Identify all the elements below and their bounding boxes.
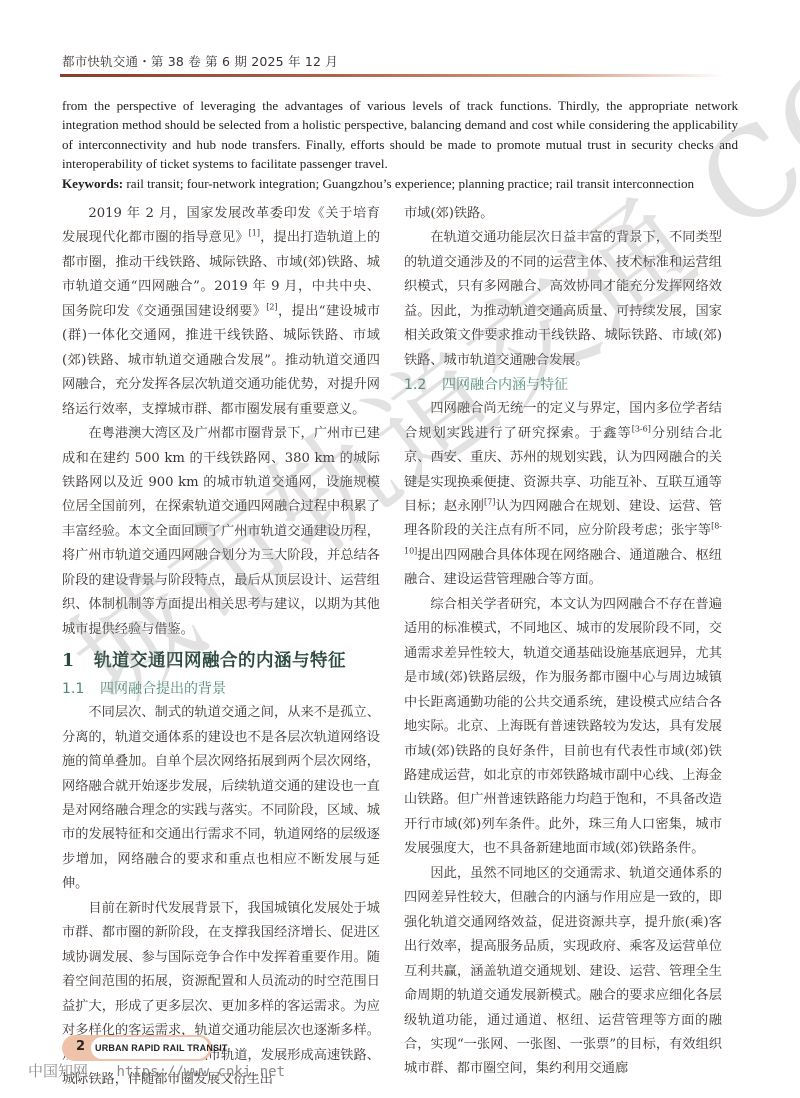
header-rule <box>60 74 725 77</box>
page-footer-badge: 2 URBAN RAPID RAIL TRANSIT <box>62 1035 212 1061</box>
journal-name-en: URBAN RAPID RAIL TRANSIT <box>95 1043 228 1053</box>
journal-name-box: URBAN RAPID RAIL TRANSIT <box>90 1036 210 1060</box>
paragraph: 因此，虽然不同地区的交通需求、轨道交通体系的四网差异性较大，但融合的内涵与作用应… <box>404 862 722 1082</box>
section-heading-1: 1轨道交通四网融合的内涵与特征 <box>62 648 380 674</box>
subsection-title: 四网融合提出的背景 <box>100 681 226 697</box>
citation[interactable]: [3-6] <box>632 424 651 433</box>
paragraph: 2019 年 2 月，国家发展改革委印发《关于培育发展现代化都市圈的指导意见》[… <box>62 202 380 422</box>
subsection-number: 1.1 <box>62 677 100 701</box>
cnki-name: 中国知网 <box>28 1062 88 1080</box>
citation[interactable]: [2] <box>266 302 277 311</box>
left-column: 2019 年 2 月，国家发展改革委印发《关于培育发展现代化都市圈的指导意见》[… <box>62 202 380 1092</box>
abstract-text: from the perspective of leveraging the a… <box>62 96 738 174</box>
subsection-heading-1-2: 1.2四网融合内涵与特征 <box>404 373 722 397</box>
running-head: 都市快轨交通・第 38 卷 第 6 期 2025 年 12 月 <box>62 52 338 70</box>
paragraph: 四网融合尚无统一的定义与界定，国内多位学者结合规划实践进行了研究探索。于鑫等[3… <box>404 397 722 593</box>
right-column: 市域(郊)铁路。 在轨道交通功能层次日益丰富的背景下，不同类型的轨道交通涉及的不… <box>404 202 722 1082</box>
paragraph: 在粤港澳大湾区及广州都市圈背景下，广州市已建成和在建约 500 km 的干线铁路… <box>62 422 380 642</box>
paragraph: 市域(郊)铁路。 <box>404 202 722 226</box>
paragraph: 不同层次、制式的轨道交通之间，从来不是孤立、分离的，轨道交通体系的建设也不是各层… <box>62 701 380 897</box>
subsection-number: 1.2 <box>404 373 442 397</box>
citation[interactable]: [7] <box>484 498 495 507</box>
cnki-url[interactable]: https://www.cnki.net <box>116 1064 285 1080</box>
section-number: 1 <box>62 648 94 674</box>
text: 提出四网融合具体体现在网络融合、通道融合、枢纽融合、建设运营管理融合等方面。 <box>404 548 722 587</box>
citation[interactable]: [1] <box>249 229 260 238</box>
cnki-stamp: 中国知网 https://www.cnki.net <box>28 1060 285 1081</box>
subsection-title: 四网融合内涵与特征 <box>442 377 568 393</box>
keywords-text: rail transit; four-network integration; … <box>126 176 694 191</box>
section-title: 轨道交通四网融合的内涵与特征 <box>94 651 346 671</box>
keywords: Keywords: rail transit; four-network int… <box>62 174 738 193</box>
subsection-heading-1-1: 1.1四网融合提出的背景 <box>62 677 380 701</box>
paragraph: 综合相关学者研究，本文认为四网融合不存在普遍适用的标准模式，不同地区、城市的发展… <box>404 593 722 862</box>
keywords-label: Keywords: <box>62 176 123 191</box>
text: ，提出“建设城市(群)一体化交通网，推进干线铁路、城际铁路、市域(郊)铁路、城市… <box>62 304 380 417</box>
page-number: 2 <box>76 1039 85 1054</box>
paragraph: 在轨道交通功能层次日益丰富的背景下，不同类型的轨道交通涉及的不同的运营主体、技术… <box>404 226 722 373</box>
abstract-continuation: from the perspective of leveraging the a… <box>62 96 738 193</box>
